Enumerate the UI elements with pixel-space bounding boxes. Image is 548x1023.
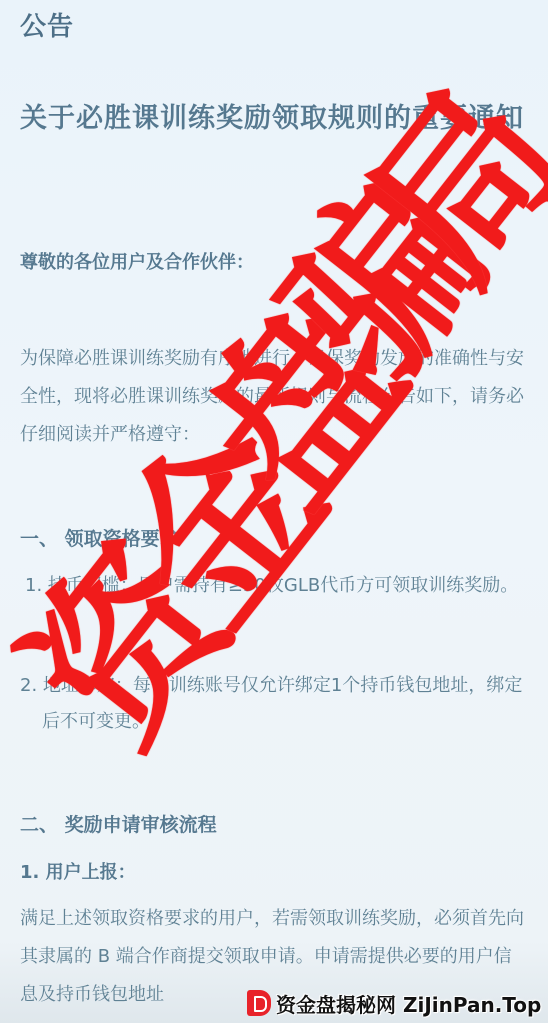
site-watermark: 资金盘揭秘网 ZiJinPan.Top xyxy=(247,988,541,1018)
eligibility-item-holding-threshold: 1. 持币门槛：用户需持有≥30枚GLB代币方可领取训练奖励。 xyxy=(20,568,525,604)
section-heading-eligibility: 一、 领取资格要求 xyxy=(20,524,179,551)
intro-paragraph: 为保障必胜课训练奖励有序地进行，确保奖励发放的准确性与安全性，现将必胜课训练奖励… xyxy=(20,340,525,454)
zijinpan-logo-icon xyxy=(247,990,271,1016)
greeting: 尊敬的各位用户及合作伙伴： xyxy=(20,248,254,274)
notice-label: 公告 xyxy=(20,6,74,43)
subheading-user-report: 1. 用户上报： xyxy=(20,858,136,884)
document-title: 关于必胜课训练奖励领取规则的重要通知 xyxy=(20,100,530,138)
watermark-text: 资金盘揭秘网 ZiJinPan.Top xyxy=(276,989,541,1018)
announcement-page: 公告 关于必胜课训练奖励领取规则的重要通知 尊敬的各位用户及合作伙伴： 为保障必… xyxy=(0,0,548,1023)
eligibility-item-address-binding: 2. 地址绑定：每个训练账号仅允许绑定1个持币钱包地址，绑定后不可变更。 xyxy=(20,668,525,740)
section-heading-review-process: 二、 奖励申请审核流程 xyxy=(20,810,217,837)
